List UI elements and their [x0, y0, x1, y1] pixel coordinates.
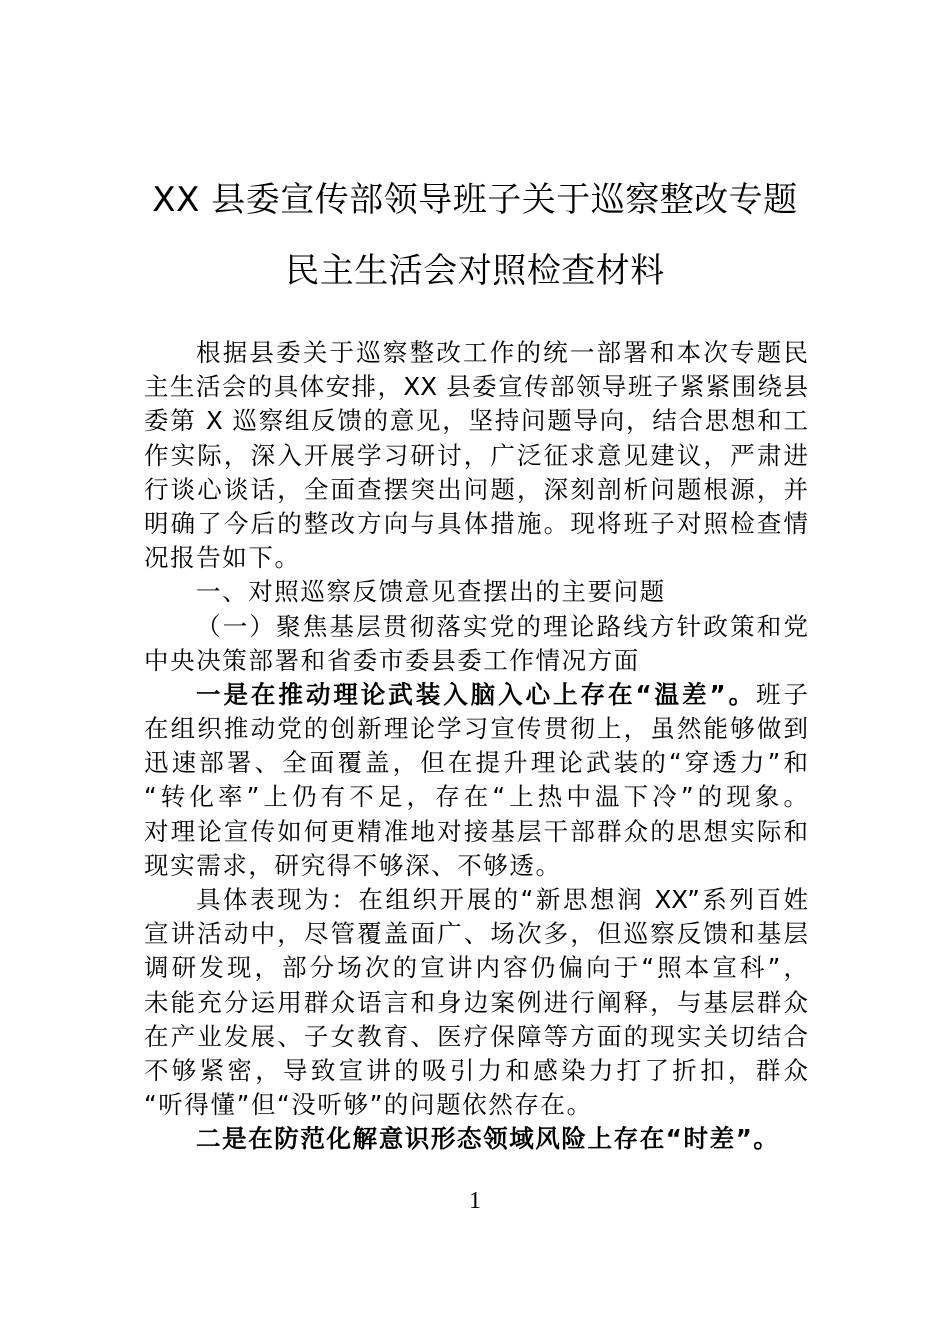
- document-page: XX 县委宣传部领导班子关于巡察整改专题 民主生活会对照检查材料 根据县委关于巡…: [0, 0, 950, 1344]
- intro-paragraph-line: 况报告如下。: [144, 541, 808, 575]
- document-title-line-1: XX 县委宣传部领导班子关于巡察整改专题: [0, 172, 950, 221]
- point-1-line: “转化率”上仍有不足，存在“上热中温下冷”的现象。: [144, 780, 808, 814]
- intro-paragraph-line: 委第 X 巡察组反馈的意见，坚持问题导向，结合思想和工: [144, 404, 808, 438]
- point-1-line: 现实需求，研究得不够深、不够透。: [144, 849, 808, 883]
- intro-paragraph-line: 行谈心谈话，全面查摆突出问题，深刻剖析问题根源，并: [144, 473, 808, 507]
- subsection-heading-line: 中央决策部署和省委市委县委工作情况方面: [144, 644, 808, 678]
- point-1-line: 迅速部署、全面覆盖，但在提升理论武装的“穿透力”和: [144, 746, 808, 780]
- point-1-rest: 班子: [756, 680, 808, 709]
- page-number: 1: [0, 1188, 950, 1215]
- detail-paragraph-line: 未能充分运用群众语言和身边案例进行阐释，与基层群众: [144, 986, 808, 1020]
- intro-paragraph-line: 作实际，深入开展学习研讨，广泛征求意见建议，严肃进: [144, 439, 808, 473]
- intro-paragraph-line: 根据县委关于巡察整改工作的统一部署和本次专题民: [144, 336, 808, 370]
- point-1-bold-lead: 一是在推动理论武装入脑入心上存在“温差”。: [196, 680, 756, 709]
- document-body: 根据县委关于巡察整改工作的统一部署和本次专题民 主生活会的具体安排，XX 县委宣…: [144, 336, 808, 1157]
- point-1-line: 对理论宣传如何更精准地对接基层干部群众的思想实际和: [144, 815, 808, 849]
- detail-paragraph-line: 宣讲活动中，尽管覆盖面广、场次多，但巡察反馈和基层: [144, 917, 808, 951]
- intro-paragraph-line: 主生活会的具体安排，XX 县委宣传部领导班子紧紧围绕县: [144, 370, 808, 404]
- point-1-first-line: 一是在推动理论武装入脑入心上存在“温差”。班子: [144, 678, 808, 712]
- detail-paragraph-line: “听得懂”但“没听够”的问题依然存在。: [144, 1088, 808, 1122]
- detail-paragraph-line: 具体表现为：在组织开展的“新思想润 XX”系列百姓: [144, 883, 808, 917]
- point-2-bold-lead: 二是在防范化解意识形态领域风险上存在“时差”。: [144, 1122, 808, 1156]
- intro-paragraph-line: 明确了今后的整改方向与具体措施。现将班子对照检查情: [144, 507, 808, 541]
- detail-paragraph-line: 在产业发展、子女教育、医疗保障等方面的现实关切结合: [144, 1020, 808, 1054]
- section-heading: 一、对照巡察反馈意见查摆出的主要问题: [144, 575, 808, 609]
- point-1-line: 在组织推动党的创新理论学习宣传贯彻上，虽然能够做到: [144, 712, 808, 746]
- subsection-heading-line: （一）聚焦基层贯彻落实党的理论路线方针政策和党: [144, 610, 808, 644]
- detail-paragraph-line: 调研发现，部分场次的宣讲内容仍偏向于“照本宣科”，: [144, 951, 808, 985]
- detail-paragraph-line: 不够紧密，导致宣讲的吸引力和感染力打了折扣，群众: [144, 1054, 808, 1088]
- document-title-line-2: 民主生活会对照检查材料: [0, 243, 950, 292]
